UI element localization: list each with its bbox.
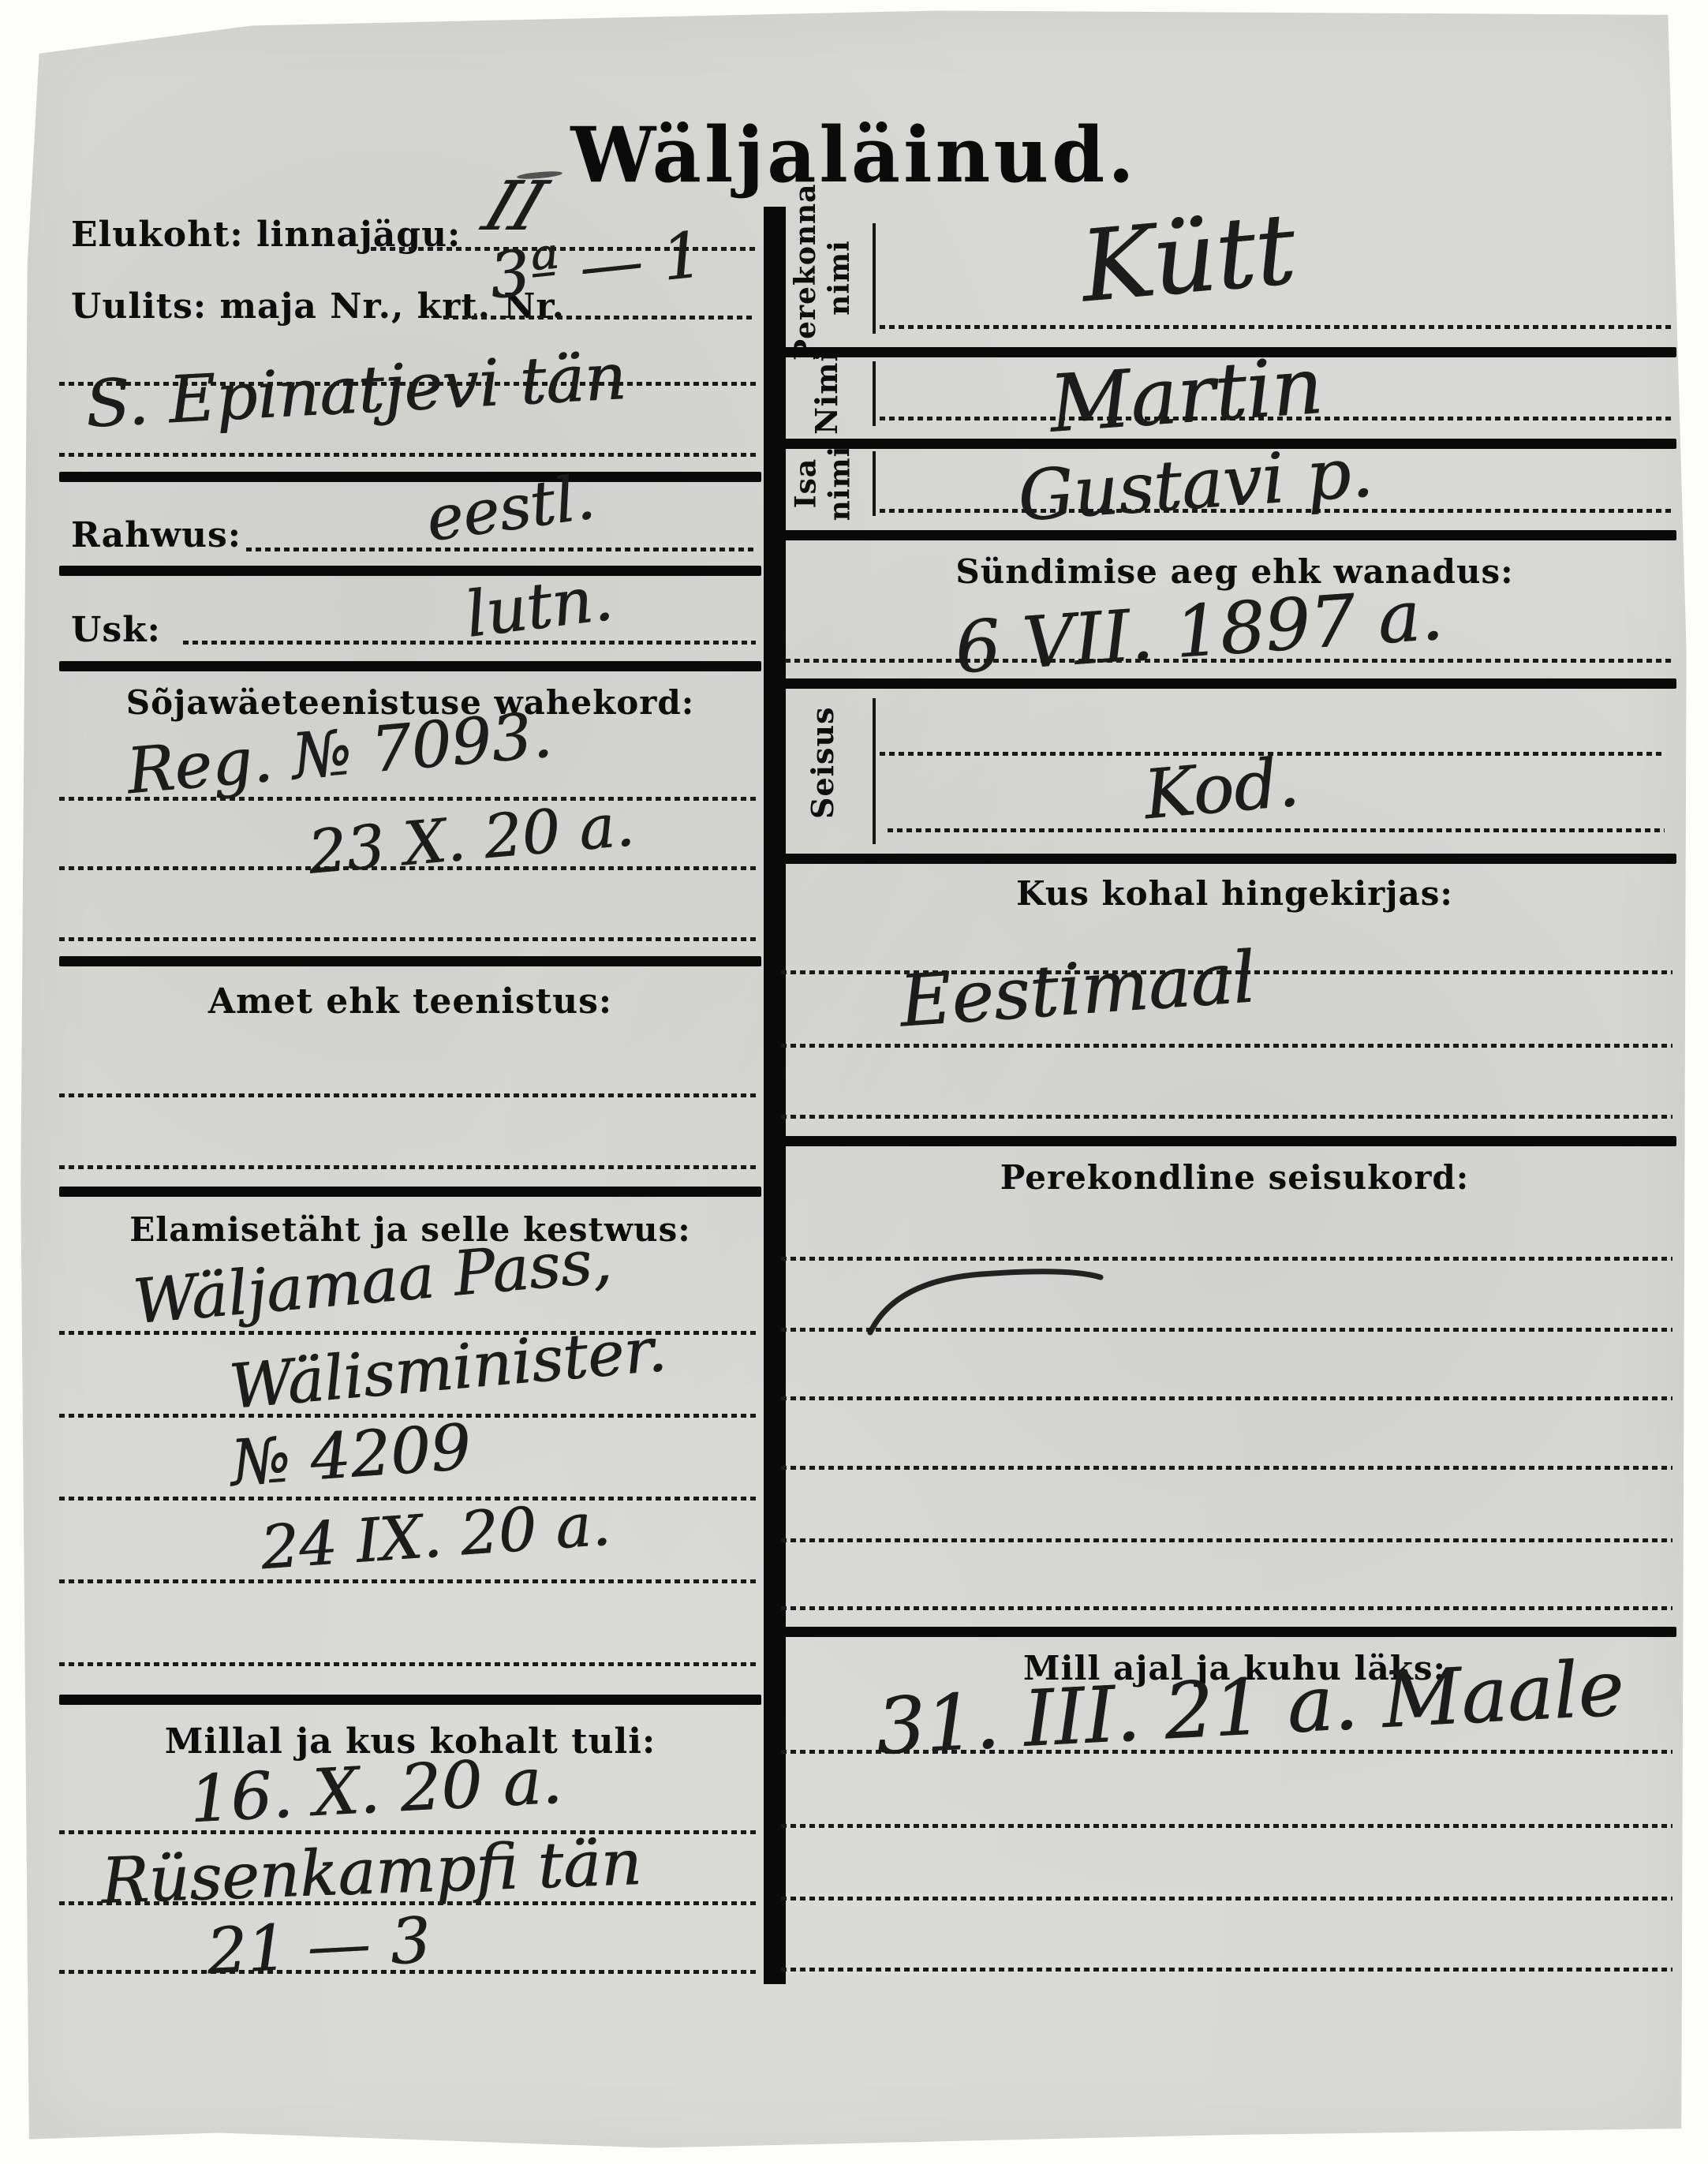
dotted-rule	[781, 1606, 1672, 1610]
dotted-rule	[880, 417, 1672, 420]
dotted-rule	[781, 1897, 1672, 1901]
section-rule	[777, 854, 1676, 864]
scanned-registry-card: Wäljaläinud. Elukoht: linnajägu: II Uuli…	[0, 0, 1708, 2164]
dotted-rule	[59, 1970, 756, 1974]
dotted-rule	[781, 1466, 1672, 1470]
dotted-rule	[59, 937, 756, 941]
status-value: Kod.	[1141, 743, 1302, 835]
dotted-rule	[781, 1115, 1672, 1119]
dotted-rule	[781, 1328, 1672, 1332]
section-rule	[777, 678, 1676, 689]
dotted-rule	[785, 659, 1672, 663]
label-cell-rule	[873, 451, 876, 516]
dotted-rule	[59, 797, 756, 801]
arrival-value-3: 21 — 3	[205, 1904, 432, 1989]
dotted-rule	[443, 316, 756, 320]
religion-label: Usk:	[71, 610, 161, 650]
status-label: Seisus	[805, 708, 844, 819]
section-rule	[59, 472, 761, 482]
section-rule	[777, 1627, 1676, 1637]
dotted-rule	[781, 1044, 1672, 1048]
dotted-rule	[880, 509, 1672, 513]
father-name-label: Isa nimi	[790, 440, 865, 527]
dotted-rule	[59, 453, 756, 457]
dotted-rule	[781, 1824, 1672, 1828]
dotted-rule	[59, 1497, 756, 1501]
given-name-value: Martin	[1046, 339, 1325, 450]
dotted-rule	[781, 1750, 1672, 1754]
section-rule	[59, 566, 761, 576]
dotted-rule	[880, 325, 1672, 329]
birth-date-label: Sündimise aeg ehk wanadus:	[793, 552, 1676, 591]
dotted-rule	[781, 1538, 1672, 1542]
label-cell-rule	[873, 698, 876, 844]
surname-value: Kütt	[1076, 192, 1299, 324]
nationality-label: Rahwus:	[71, 515, 241, 555]
given-name-label: Nimi	[809, 345, 848, 439]
dotted-rule	[59, 1579, 756, 1583]
label-cell-rule	[873, 361, 876, 426]
dotted-rule	[59, 1165, 756, 1169]
column-divider	[764, 207, 786, 1984]
dotted-rule	[59, 1093, 756, 1097]
family-status-dash-mark	[864, 1266, 1108, 1337]
dotted-rule	[781, 1396, 1672, 1400]
section-rule	[59, 1187, 761, 1197]
form-title: Wäljaläinud.	[0, 110, 1708, 200]
section-rule	[777, 530, 1676, 540]
dotted-rule	[59, 866, 756, 870]
family-status-label: Perekondline seisukord:	[793, 1158, 1676, 1197]
dotted-rule	[781, 1257, 1672, 1261]
section-rule	[59, 661, 761, 671]
parish-register-label: Kus kohal hingekirjas:	[793, 874, 1676, 913]
section-rule	[59, 956, 761, 966]
dotted-rule	[59, 1662, 756, 1666]
occupation-label: Amet ehk teenistus:	[59, 981, 761, 1022]
label-cell-rule	[873, 223, 876, 334]
surname-label: Perekonna nimi	[789, 195, 868, 361]
section-rule	[59, 1695, 761, 1705]
dotted-rule	[888, 828, 1665, 832]
dotted-rule	[246, 548, 756, 551]
dotted-rule	[781, 1968, 1672, 1972]
section-rule	[777, 1136, 1676, 1146]
